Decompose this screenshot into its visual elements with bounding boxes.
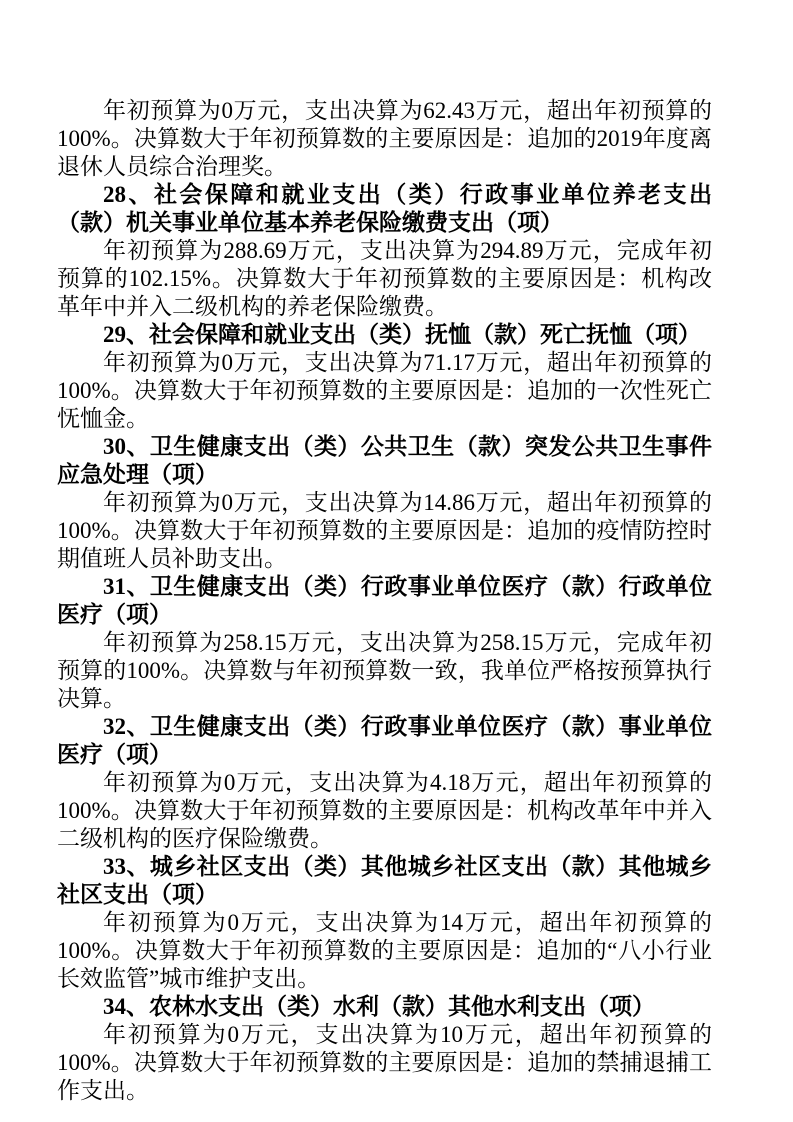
section-heading: 28、社会保障和就业支出（类）行政事业单位养老支出（款）机关事业单位基本养老保险… bbox=[57, 181, 712, 237]
document-page: 年初预算为0万元，支出决算为62.43万元，超出年初预算的100%。决算数大于年… bbox=[0, 0, 793, 1122]
body-paragraph: 年初预算为0万元，支出决算为14万元，超出年初预算的100%。决算数大于年初预算… bbox=[57, 909, 712, 993]
section-heading: 33、城乡社区支出（类）其他城乡社区支出（款）其他城乡社区支出（项） bbox=[57, 853, 712, 909]
body-paragraph: 年初预算为288.69万元，支出决算为294.89万元，完成年初预算的102.1… bbox=[57, 237, 712, 321]
section-heading: 29、社会保障和就业支出（类）抚恤（款）死亡抚恤（项） bbox=[57, 321, 712, 349]
body-paragraph: 年初预算为0万元，支出决算为71.17万元，超出年初预算的100%。决算数大于年… bbox=[57, 349, 712, 433]
body-paragraph: 年初预算为0万元，支出决算为10万元，超出年初预算的100%。决算数大于年初预算… bbox=[57, 1021, 712, 1105]
section-heading: 34、农林水支出（类）水利（款）其他水利支出（项） bbox=[57, 993, 712, 1021]
body-paragraph: 年初预算为0万元，支出决算为62.43万元，超出年初预算的100%。决算数大于年… bbox=[57, 97, 712, 181]
body-paragraph: 年初预算为0万元，支出决算为14.86万元，超出年初预算的100%。决算数大于年… bbox=[57, 489, 712, 573]
section-heading: 31、卫生健康支出（类）行政事业单位医疗（款）行政单位医疗（项） bbox=[57, 573, 712, 629]
document-text-block: 年初预算为0万元，支出决算为62.43万元，超出年初预算的100%。决算数大于年… bbox=[57, 97, 712, 1105]
body-paragraph: 年初预算为0万元，支出决算为4.18万元，超出年初预算的100%。决算数大于年初… bbox=[57, 769, 712, 853]
section-heading: 30、卫生健康支出（类）公共卫生（款）突发公共卫生事件应急处理（项） bbox=[57, 433, 712, 489]
section-heading: 32、卫生健康支出（类）行政事业单位医疗（款）事业单位医疗（项） bbox=[57, 713, 712, 769]
body-paragraph: 年初预算为258.15万元，支出决算为258.15万元，完成年初预算的100%。… bbox=[57, 629, 712, 713]
